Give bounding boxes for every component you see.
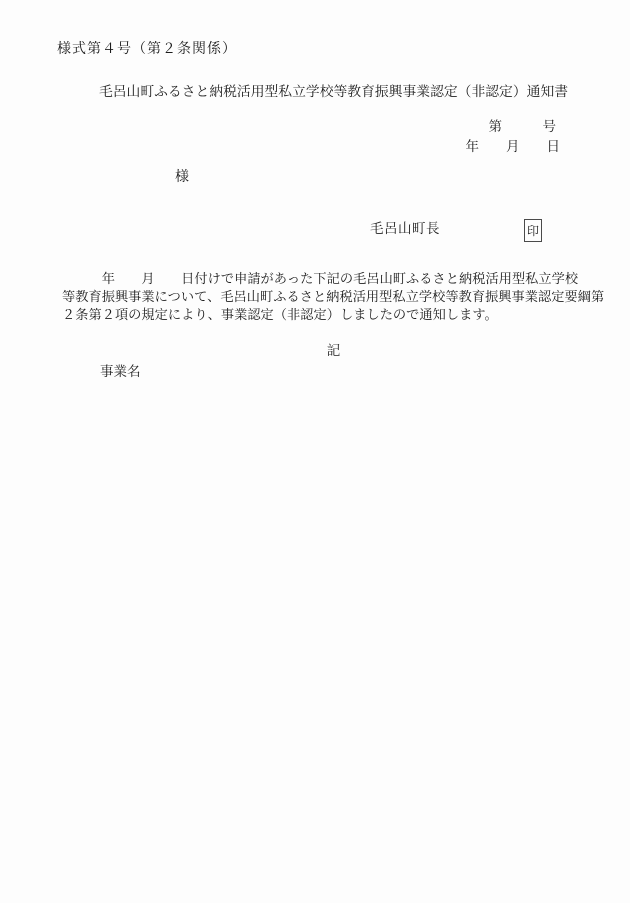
body-paragraph-line-3: ２条第２項の規定により、事業認定（非認定）しましたので通知します。 [62,307,622,324]
addressee-suffix: 様 [175,169,189,187]
record-marker: 記 [62,343,605,360]
body-paragraph-line-2: 等教育振興事業について、毛呂山町ふるさと納税活用型私立学校等教育振興事業認定要綱… [62,289,622,306]
document-date-blank: 年 月 日 [0,139,560,156]
document-number-blank: 第 号 [0,119,556,136]
sender-title: 毛呂山町長 [370,221,440,238]
body-paragraph-line-1: 年 月 日付けで申請があった下記の毛呂山町ふるさと納税活用型私立学校 [62,271,622,288]
seal-label: 印 [527,225,539,237]
project-name-label: 事業名 [100,364,141,381]
document-title: 毛呂山町ふるさと納税活用型私立学校等教育振興事業認定（非認定）通知書 [62,83,605,100]
form-number: 様式第４号（第２条関係） [57,41,237,59]
seal-box: 印 [524,219,542,242]
document-page: 様式第４号（第２条関係） 毛呂山町ふるさと納税活用型私立学校等教育振興事業認定（… [0,0,630,903]
